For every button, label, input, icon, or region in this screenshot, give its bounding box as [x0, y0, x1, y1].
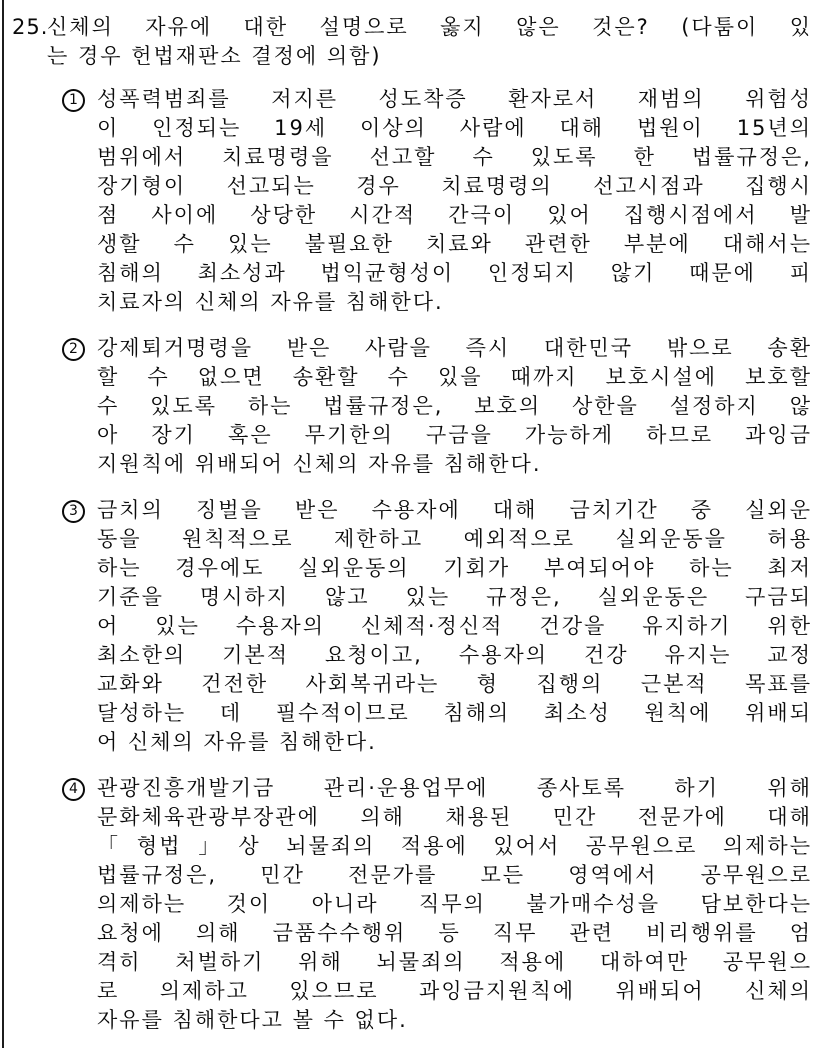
text-line: 지원칙에 위배되어 신체의 자유를 침해한다. — [97, 450, 812, 479]
text-line: 달성하는 데 필수적이므로 침해의 최소성 원칙에 위배되 — [97, 699, 812, 728]
text-line: 성폭력범죄를 저지른 성도착증 환자로서 재범의 위험성 — [97, 85, 812, 114]
text-line: 는 경우 헌법재판소 결정에 의함) — [47, 42, 812, 71]
answer-option-2: 2 강제퇴거명령을 받은 사람을 즉시 대한민국 밖으로 송환할 수 없으면 송… — [97, 334, 812, 479]
option-number: 2 — [69, 342, 78, 356]
answer-option-1: 1 성폭력범죄를 저지른 성도착증 환자로서 재범의 위험성이 인정되는 19세… — [97, 85, 812, 317]
text-line: 요청에 의해 금품수수행위 등 직무 관련 비리행위를 엄 — [97, 919, 812, 948]
option-lines: 금치의 징벌을 받은 수용자에 대해 금치기간 중 실외운동을 원칙적으로 제한… — [97, 496, 812, 757]
text-line: 금치의 징벌을 받은 수용자에 대해 금치기간 중 실외운 — [97, 496, 812, 525]
text-line: 교화와 건전한 사회복귀라는 형 집행의 근본적 목표를 — [97, 670, 812, 699]
text-line: 최소한의 기본적 요청이고, 수용자의 건강 유지는 교정 — [97, 641, 812, 670]
text-line: 하는 경우에도 실외운동의 기회가 부여되어야 하는 최저 — [97, 554, 812, 583]
text-line: 생할 수 있는 불필요한 치료와 관련한 부분에 대해서는 — [97, 230, 812, 259]
text-line: 로 의제하고 있으므로 과잉금지원칙에 위배되어 신체의 — [97, 977, 812, 1006]
text-line: 치료자의 신체의 자유를 침해한다. — [97, 288, 812, 317]
option-number: 1 — [69, 93, 78, 107]
option-number-circle-icon: 4 — [62, 778, 85, 801]
option-number-circle-icon: 1 — [62, 89, 85, 112]
text-line: 할 수 없으면 송환할 수 있을 때까지 보호시설에 보호할 — [97, 363, 812, 392]
option-number: 4 — [69, 782, 78, 796]
text-line: 법률규정은, 민간 전문가를 모든 영역에서 공무원으로 — [97, 861, 812, 890]
question-lines: 신체의 자유에 대한 설명으로 옳지 않은 것은? (다툼이 있는 경우 헌법재… — [47, 13, 812, 71]
text-line: 기준을 명시하지 않고 있는 규정은, 실외운동은 구금되 — [97, 583, 812, 612]
option-number-circle-icon: 2 — [62, 338, 85, 361]
text-line: 자유를 침해한다고 볼 수 없다. — [97, 1006, 812, 1035]
question-number: 25. — [12, 13, 48, 42]
text-line: 강제퇴거명령을 받은 사람을 즉시 대한민국 밖으로 송환 — [97, 334, 812, 363]
text-line: 「형법」상 뇌물죄의 적용에 있어서 공무원으로 의제하는 — [97, 832, 812, 861]
options-area: 1 성폭력범죄를 저지른 성도착증 환자로서 재범의 위험성이 인정되는 19세… — [0, 85, 826, 1035]
text-line: 신체의 자유에 대한 설명으로 옳지 않은 것은? (다툼이 있 — [47, 13, 812, 42]
text-line: 수 있도록 하는 법률규정은, 보호의 상한을 설정하지 않 — [97, 392, 812, 421]
column-divider-line — [2, 0, 4, 1048]
text-line: 문화체육관광부장관에 의해 채용된 민간 전문가에 대해 — [97, 803, 812, 832]
option-lines: 관광진흥개발기금 관리·운용업무에 종사토록 하기 위해문화체육관광부장관에 의… — [97, 774, 812, 1035]
text-line: 이 인정되는 19세 이상의 사람에 대해 법원이 15년의 — [97, 114, 812, 143]
text-line: 침해의 최소성과 법익균형성이 인정되지 않기 때문에 피 — [97, 259, 812, 288]
text-line: 격히 처벌하기 위해 뇌물죄의 적용에 대하여만 공무원으 — [97, 948, 812, 977]
text-line: 점 사이에 상당한 시간적 간극이 있어 집행시점에서 발 — [97, 201, 812, 230]
option-lines: 강제퇴거명령을 받은 사람을 즉시 대한민국 밖으로 송환할 수 없으면 송환할… — [97, 334, 812, 479]
text-line: 의제하는 것이 아니라 직무의 불가매수성을 담보한다는 — [97, 890, 812, 919]
text-line: 범위에서 치료명령을 선고할 수 있도록 한 법률규정은, — [97, 143, 812, 172]
text-line: 어 신체의 자유를 침해한다. — [97, 728, 812, 757]
text-line: 동을 원칙적으로 제한하고 예외적으로 실외운동을 허용 — [97, 525, 812, 554]
answer-option-3: 3 금치의 징벌을 받은 수용자에 대해 금치기간 중 실외운동을 원칙적으로 … — [97, 496, 812, 757]
option-number: 3 — [69, 504, 78, 518]
text-line: 어 있는 수용자의 신체적·정신적 건강을 유지하기 위한 — [97, 612, 812, 641]
exam-page: 25. 신체의 자유에 대한 설명으로 옳지 않은 것은? (다툼이 있는 경우… — [0, 0, 826, 1048]
answer-option-4: 4 관광진흥개발기금 관리·운용업무에 종사토록 하기 위해문화체육관광부장관에… — [97, 774, 812, 1035]
text-line: 아 장기 혹은 무기한의 구금을 가능하게 하므로 과잉금 — [97, 421, 812, 450]
text-line: 장기형이 선고되는 경우 치료명령의 선고시점과 집행시 — [97, 172, 812, 201]
question-block: 25. 신체의 자유에 대한 설명으로 옳지 않은 것은? (다툼이 있는 경우… — [47, 13, 812, 71]
option-lines: 성폭력범죄를 저지른 성도착증 환자로서 재범의 위험성이 인정되는 19세 이… — [97, 85, 812, 317]
option-number-circle-icon: 3 — [62, 500, 85, 523]
text-line: 관광진흥개발기금 관리·운용업무에 종사토록 하기 위해 — [97, 774, 812, 803]
